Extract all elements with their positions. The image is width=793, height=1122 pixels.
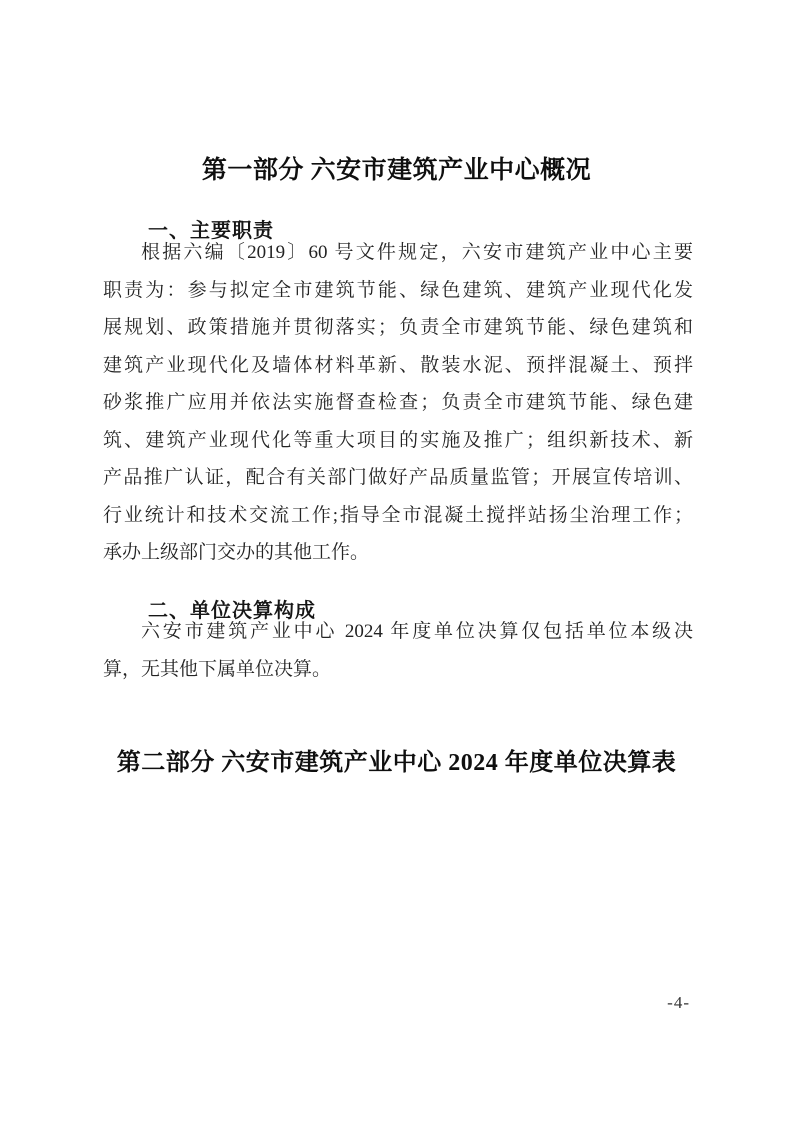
paragraph-line: 产品推广认证，配合有关部门做好产品质量监管；开展宣传培训、: [103, 459, 693, 497]
paragraph-line: 建筑产业现代化及墙体材料革新、散装水泥、预拌混凝土、预拌: [103, 347, 693, 385]
section2-paragraph: 六安市建筑产业中心 2024 年度单位决算仅包括单位本级决 算，无其他下属单位决…: [103, 613, 693, 688]
document-page: 第一部分 六安市建筑产业中心概况 一、主要职责 根据六编〔2019〕60 号文件…: [0, 0, 793, 1122]
paragraph-line: 算，无其他下属单位决算。: [103, 651, 693, 689]
part2-title: 第二部分 六安市建筑产业中心 2024 年度单位决算表: [0, 748, 793, 778]
section1-paragraph: 根据六编〔2019〕60 号文件规定，六安市建筑产业中心主要 职责为：参与拟定全…: [103, 234, 693, 572]
paragraph-line: 筑、建筑产业现代化等重大项目的实施及推广；组织新技术、新: [103, 422, 693, 460]
paragraph-line: 砂浆推广应用并依法实施督查检查；负责全市建筑节能、绿色建: [103, 384, 693, 422]
paragraph-line: 根据六编〔2019〕60 号文件规定，六安市建筑产业中心主要: [103, 234, 693, 272]
paragraph-line: 六安市建筑产业中心 2024 年度单位决算仅包括单位本级决: [103, 613, 693, 651]
paragraph-line: 展规划、政策措施并贯彻落实；负责全市建筑节能、绿色建筑和: [103, 309, 693, 347]
paragraph-line: 行业统计和技术交流工作;指导全市混凝土搅拌站扬尘治理工作；: [103, 497, 693, 535]
page-number: -4-: [667, 993, 690, 1013]
part1-title: 第一部分 六安市建筑产业中心概况: [0, 155, 793, 186]
paragraph-line: 承办上级部门交办的其他工作。: [103, 534, 693, 572]
paragraph-line: 职责为：参与拟定全市建筑节能、绿色建筑、建筑产业现代化发: [103, 272, 693, 310]
